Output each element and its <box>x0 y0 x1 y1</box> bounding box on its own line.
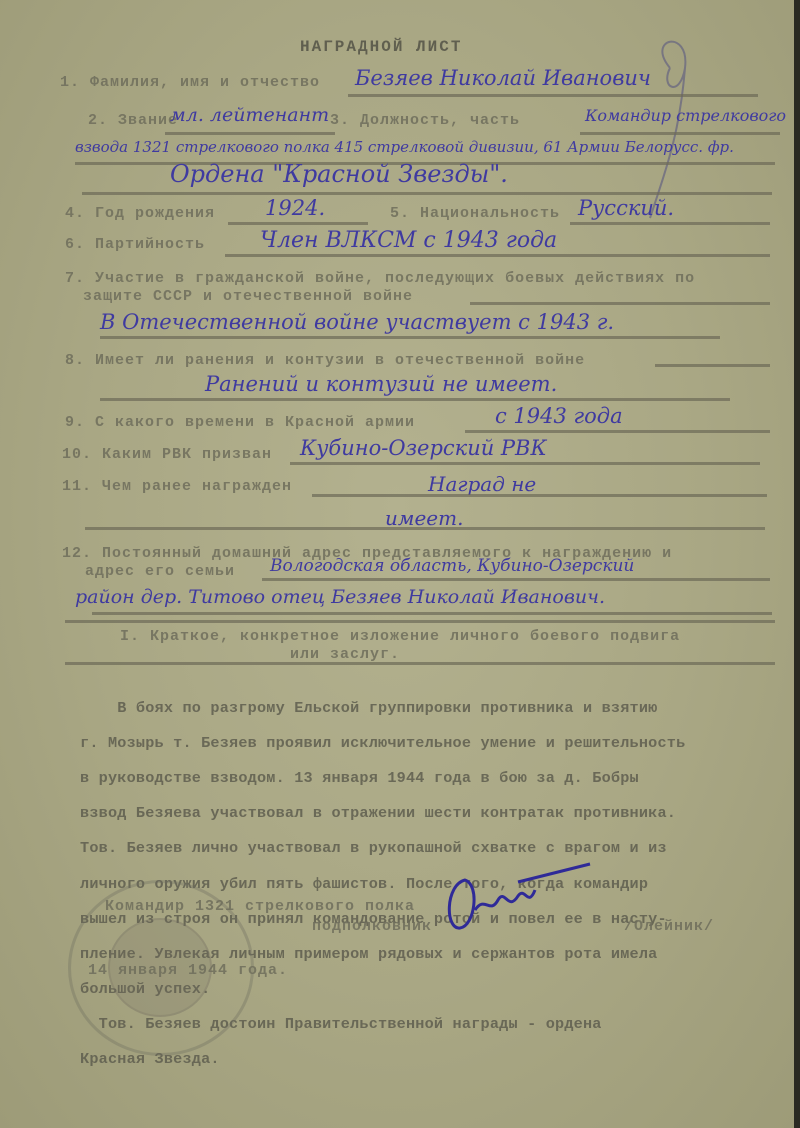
field-name-label: 1. Фамилия, имя и отчество <box>60 74 320 91</box>
field-draft-office-value: Кубино-Озерский РВК <box>300 436 547 460</box>
narrative-line: Красная Звезда. <box>80 1051 780 1069</box>
signatory-position: Командир 1321 стрелкового полка <box>105 898 415 915</box>
section-header-cont: или заслуг. <box>290 646 400 663</box>
field-rank-value: мл. лейтенант <box>170 104 329 126</box>
rule <box>290 462 760 465</box>
narrative-line: В боях по разгрому Ельской группировки п… <box>80 700 780 718</box>
field-previous-awards-value: Наград не <box>428 472 536 496</box>
rule <box>92 612 772 615</box>
rule <box>100 398 730 401</box>
field-participation-label: 7. Участие в гражданской войне, последую… <box>65 270 695 287</box>
field-participation-value: В Отечественной войне участвует с 1943 г… <box>100 310 614 334</box>
rule <box>65 662 775 665</box>
field-rank-label: 2. Звание <box>88 112 178 129</box>
field-draft-office-label: 10. Каким РВК призван <box>62 446 272 463</box>
field-address-label-cont: адрес его семьи <box>85 563 235 580</box>
field-army-since-value: с 1943 года <box>495 404 623 428</box>
rule <box>465 430 770 433</box>
field-position-label: 3. Должность, часть <box>330 112 520 129</box>
field-party-value: Член ВЛКСМ с 1943 года <box>260 228 557 253</box>
field-previous-awards-label: 11. Чем ранее награжден <box>62 478 292 495</box>
scan-edge <box>794 0 800 1128</box>
field-birth-year-label: 4. Год рождения <box>65 205 215 222</box>
field-name-value: Безяев Николай Иванович <box>355 66 651 90</box>
rule <box>165 132 335 135</box>
field-position-value-cont: взвода 1321 стрелкового полка 415 стрелк… <box>75 138 734 156</box>
rule <box>312 494 767 497</box>
signature-date: 14 января 1944 года. <box>88 962 288 979</box>
field-nationality-label: 5. Национальность <box>390 205 560 222</box>
rule <box>82 192 772 195</box>
field-wounds-value: Ранений и контузий не имеет. <box>205 372 557 396</box>
section-header: I. Краткое, конкретное изложение личного… <box>120 628 680 645</box>
nomination-value: Ордена "Красной Звезды". <box>170 160 508 188</box>
rule <box>655 364 770 367</box>
rule <box>85 527 765 530</box>
narrative-line: в руководстве взводом. 13 января 1944 го… <box>80 770 780 788</box>
narrative-line: г. Мозырь т. Безяев проявил исключительн… <box>80 735 780 753</box>
rule <box>228 222 368 225</box>
narrative-line: взвод Безяева участвовал в отражении шес… <box>80 805 780 823</box>
field-nationality-value: Русский. <box>578 196 674 220</box>
document-title: НАГРАДНОЙ ЛИСТ <box>300 38 462 56</box>
field-position-value: Командир стрелкового <box>585 106 786 125</box>
rule <box>262 578 770 581</box>
field-participation-label-cont: защите СССР и отечественной войне <box>83 288 413 305</box>
rule <box>348 94 758 97</box>
narrative-line: Тов. Безяев лично участвовал в рукопашно… <box>80 840 780 858</box>
field-birth-year-value: 1924. <box>265 196 325 220</box>
field-party-label: 6. Партийность <box>65 236 205 253</box>
field-wounds-label: 8. Имеет ли ранения и контузии в отечест… <box>65 352 585 369</box>
rule <box>580 132 780 135</box>
rule <box>470 302 770 305</box>
rule <box>100 336 720 339</box>
signatory-rank: подполковник <box>312 918 432 935</box>
field-army-since-label: 9. С какого времени в Красной армии <box>65 414 415 431</box>
field-address-value: Вологодская область, Кубино-Озерский <box>270 556 634 576</box>
rule <box>65 620 775 623</box>
field-address-value-cont: район дер. Титово отец Безяев Николай Ив… <box>75 586 605 608</box>
rule <box>570 222 770 225</box>
signatory-name: /Олейник/ <box>624 918 714 935</box>
rule <box>225 254 770 257</box>
